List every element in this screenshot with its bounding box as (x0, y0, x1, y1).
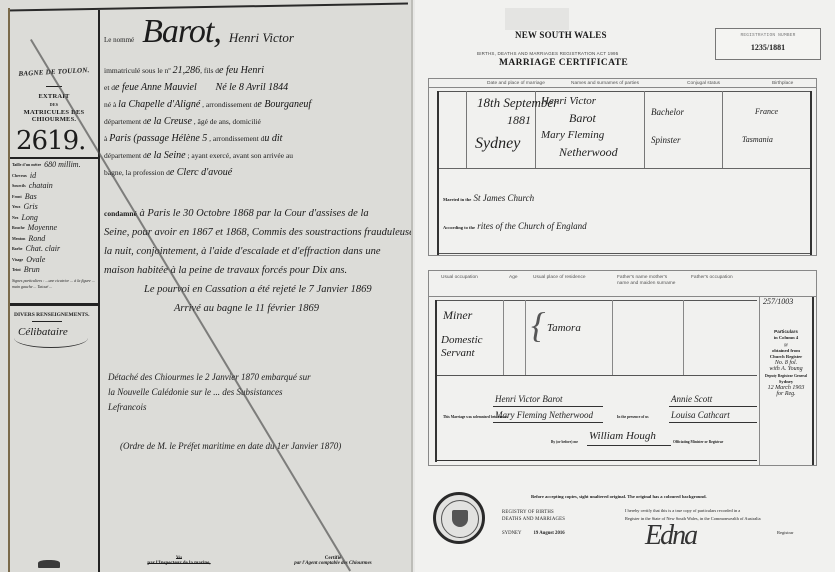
coat-of-arms-icon (452, 510, 468, 527)
record-body: Le nommé Barot, Henri Victor immatriculé… (104, 12, 404, 181)
according-label: According to the (443, 225, 475, 230)
signes-particuliers: Signes particuliers : ...une cicatrice .… (12, 278, 98, 290)
registry-name: REGISTRY OF BIRTHS DEATHS AND MARRIAGES (502, 509, 565, 523)
column-divider (98, 10, 100, 572)
rule (437, 375, 757, 376)
signalement-row: BoucheMoyenne (12, 223, 98, 234)
column-rule (683, 300, 684, 375)
registrar-signature: Edna (645, 520, 696, 552)
signature-line (493, 406, 603, 407)
occupation-party1: Miner (443, 308, 472, 323)
marriage-year: 1881 (507, 113, 531, 128)
party2-first: Mary Fleming (541, 129, 604, 141)
extrait-label: EXTRAIT (12, 93, 96, 100)
column-rule (612, 300, 613, 375)
note-line: la Nouvelle Calédonie sur le ... des Sub… (108, 385, 408, 400)
vu-by: par l'Inspecteur de la marine, (134, 561, 224, 566)
record-line: département de la Creuse , âgé de ans, d… (104, 113, 404, 130)
rule (439, 253, 810, 254)
col-header: Date and place of marriage (487, 81, 545, 86)
rule (437, 300, 757, 301)
column-rule (525, 300, 526, 375)
signalement-row: Taille d'un mètre680 millim. (12, 160, 98, 171)
sentence-line: maison habitée à la peine de travaux for… (104, 261, 404, 280)
col-header: Father's name mother's name and maiden s… (617, 275, 679, 286)
record-line: né à la Chapelle d'Aligné , arrondisseme… (104, 96, 404, 113)
brace: { (531, 304, 545, 346)
col-header: Father's occupation (691, 275, 733, 281)
marriage-details-table: Date and place of marriage Names and sur… (428, 78, 817, 256)
folio-number: 2619. (16, 126, 85, 156)
column-rule (503, 300, 504, 375)
signalement-row: TeintBrun (12, 265, 98, 276)
married-in-label: Married in the (443, 197, 471, 202)
table-body: 18th September 1881 Sydney Henri Victor … (437, 91, 812, 255)
table-header: Date and place of marriage Names and sur… (429, 79, 816, 88)
copy-warning: Before accepting copies, sight unaltered… (531, 494, 707, 499)
signature-line (669, 406, 757, 407)
sentence-line: la nuit, conjointement, à l'aide d'escal… (104, 242, 404, 261)
registry-line: DEATHS AND MARRIAGES (502, 516, 565, 523)
vu-footer: Vu par l'Inspecteur de la marine, (134, 556, 224, 566)
signalement-row: Cheveuxid (12, 171, 98, 182)
col-header: Conjugal status (687, 81, 720, 86)
signalement-row: YeuxGris (12, 202, 98, 213)
col-header: Age (509, 275, 518, 281)
rule (439, 168, 810, 169)
witness2-signature: Louisa Cathcart (671, 410, 730, 420)
registry-line: REGISTRY OF BIRTHS (502, 509, 565, 516)
signalement-row: FrontBas (12, 192, 98, 203)
certifie-by: par l'Agent comptable des Chiourmes (278, 561, 388, 566)
parties-details-table: Usual occupation Age Usual place of resi… (428, 270, 817, 466)
groom-signature: Henri Victor Barot (495, 394, 563, 404)
column-rule (644, 91, 645, 168)
registration-number: 1235/1881 (716, 38, 820, 52)
status-party1: Bachelor (651, 107, 684, 117)
particulars-margin: 257/1003 Particulars in Column 4 @ obtai… (759, 297, 814, 465)
issue-city: SYDNEY (502, 531, 521, 536)
signature-line (493, 422, 603, 423)
anchor-emblem-icon (38, 560, 60, 568)
table-header: Usual occupation Age Usual place of resi… (429, 271, 816, 297)
note-line: Lefrancois (108, 400, 408, 415)
signalement-row: VisageOvale (12, 255, 98, 266)
by-label: By (or before) me (551, 440, 578, 445)
status-party2: Spinster (651, 135, 681, 145)
order-note: (Ordre de M. le Préfet maritime en date … (108, 439, 408, 454)
first-names: Henri Victor (229, 29, 294, 46)
sidebar-rule-bottom (10, 303, 98, 306)
party2-last: Netherwood (559, 145, 618, 160)
marriage-place: Sydney (475, 135, 520, 153)
col-header: Usual place of residence (533, 275, 586, 281)
minister-signature: William Hough (589, 430, 656, 442)
issue-date: 19 August 2016 (533, 531, 564, 536)
registry-seal-icon (433, 492, 485, 544)
signalement-row: NezLong (12, 213, 98, 224)
sentence-line: condamné à Paris le 30 Octobre 1868 par … (104, 204, 404, 223)
signalement-list: Taille d'un mètre680 millim. Cheveuxid S… (12, 160, 98, 290)
state-title: NEW SOUTH WALES (515, 30, 607, 40)
witness1-signature: Annie Scott (671, 394, 712, 404)
signature-line (587, 445, 671, 446)
birthplace-party2: Tasmania (742, 135, 773, 144)
matricules-label: MATRICULES DES CHIOURMES. (12, 109, 96, 123)
table-body: Miner Domestic Servant { Tamora This Mar… (435, 300, 757, 462)
married-in-row: Married in the St James Church (443, 193, 534, 203)
des-label: DES (12, 102, 96, 107)
signalement-row: MentonRond (12, 234, 98, 245)
name-line: Le nommé Barot, Henri Victor (104, 12, 404, 62)
col-header: Birthplace (772, 81, 793, 86)
divers-rule (32, 321, 62, 322)
divers-title: DIVERS RENSEIGNEMENTS. (14, 312, 96, 318)
frame-rule-top (8, 3, 408, 12)
signalement-row: BarbeChat. clair (12, 244, 98, 255)
certifie-footer: Certifié par l'Agent comptable des Chiou… (278, 556, 388, 566)
frame-rule-left (8, 8, 10, 572)
registration-label: REGISTRATION NUMBER (716, 29, 820, 38)
rule (439, 91, 810, 92)
according-row: According to the rites of the Church of … (443, 221, 587, 231)
registrar-label: Registrar (777, 530, 794, 535)
record-line: immatriculé sous le nº 21,286, fils de f… (104, 62, 404, 79)
folio-ref: 257/1003 (760, 297, 812, 305)
column-rule (722, 91, 723, 168)
signature-line (669, 422, 757, 423)
particulars-line: for Reg. (760, 391, 812, 397)
record-line: département de la Seine ; ayant exercé, … (104, 147, 404, 164)
according-value: rites of the Church of England (477, 221, 586, 231)
bride-signature: Mary Fleming Netherwood (495, 410, 593, 420)
signalement-row: Sourcilschatain (12, 181, 98, 192)
record-line: bagne, la profession de Clerc d'avoué (104, 164, 404, 181)
certify-line: I hereby certify that this is a true cop… (625, 507, 825, 515)
column-rule (466, 91, 467, 168)
bagne-de-toulon-extract: BAGNE DE TOULON. EXTRAIT DES MATRICULES … (0, 0, 413, 572)
le-nomme-label: Le nommé (104, 32, 134, 49)
detachment-note: Détaché des Chiourmes le 2 Janvier 1870 … (108, 370, 408, 454)
particulars-line: Deputy Registrar General (760, 373, 812, 379)
record-line: et de feue Anne Mauviel Né le 8 Avril 18… (104, 79, 404, 96)
sentence-line: Le pourvoi en Cassation a été rejeté le … (104, 280, 404, 299)
rule (437, 460, 757, 461)
col-header: Usual occupation (441, 275, 478, 281)
party1-last: Barot (569, 111, 596, 126)
birthplace-party1: France (755, 107, 778, 116)
act-subtitle: BIRTHS, DEATHS AND MARRIAGES REGISTRATIO… (477, 51, 618, 56)
col-header: Names and surnames of parties (571, 81, 639, 86)
sidebar-rule-top (10, 157, 98, 159)
nsw-marriage-certificate: NEW SOUTH WALES BIRTHS, DEATHS AND MARRI… (415, 0, 835, 572)
divers-renseignements: DIVERS RENSEIGNEMENTS. Célibataire (14, 312, 96, 348)
minister-suffix: Officiating Minister or Registrar (673, 440, 723, 445)
married-in-value: St James Church (474, 193, 535, 203)
issue-location-date: SYDNEY19 August 2016 (502, 531, 565, 536)
sentence-line: Arrivé au bagne le 11 février 1869 (104, 299, 404, 318)
record-line: à Paris (passage Hélène 5 , arrondisseme… (104, 130, 404, 147)
certificate-title: MARRIAGE CERTIFICATE (499, 58, 628, 68)
surname: Barot, (142, 23, 221, 40)
occupation-party2: Domestic Servant (441, 334, 501, 360)
faint-watermark (505, 8, 569, 30)
party1-first: Henri Victor (541, 95, 596, 107)
residence: Tamora (547, 322, 581, 334)
presence-label: In the presence of us (617, 415, 648, 420)
registration-box: REGISTRATION NUMBER 1235/1881 (715, 28, 821, 60)
note-line: Détaché des Chiourmes le 2 Janvier 1870 … (108, 370, 408, 385)
sentence-block: condamné à Paris le 30 Octobre 1868 par … (104, 204, 404, 318)
